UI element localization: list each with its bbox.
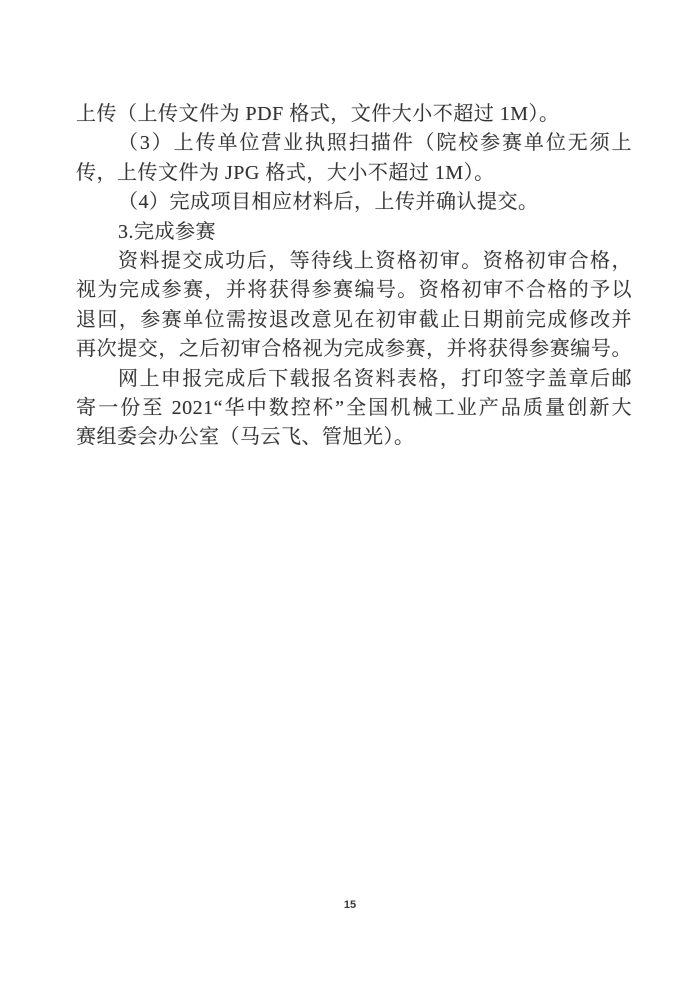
text-line: 退回，参赛单位需按退改意见在初审截止日期前完成修改并 <box>76 306 632 335</box>
text-line: 资料提交成功后，等待线上资格初审。资格初审合格， <box>76 247 632 276</box>
text-line: 赛组委会办公室（马云飞、管旭光）。 <box>76 423 632 452</box>
text-line: 再次提交，之后初审合格视为完成参赛，并将获得参赛编号。 <box>76 335 632 364</box>
text-line: （3）上传单位营业执照扫描件（院校参赛单位无须上 <box>76 129 632 158</box>
page-number: 15 <box>0 899 700 911</box>
text-line: （4）完成项目相应材料后，上传并确认提交。 <box>76 188 632 217</box>
text-line: 寄一份至 2021“华中数控杯”全国机械工业产品质量创新大 <box>76 394 632 423</box>
text-line: 视为完成参赛，并将获得参赛编号。资格初审不合格的予以 <box>76 276 632 305</box>
document-lines: 上传（上传文件为 PDF 格式，文件大小不超过 1M）。（3）上传单位营业执照扫… <box>76 100 632 453</box>
text-line: 3.完成参赛 <box>76 218 632 247</box>
text-line: 上传（上传文件为 PDF 格式，文件大小不超过 1M）。 <box>76 100 632 129</box>
text-line: 网上申报完成后下载报名资料表格，打印签字盖章后邮 <box>76 365 632 394</box>
text-line: 传，上传文件为 JPG 格式，大小不超过 1M）。 <box>76 159 632 188</box>
document-page: 上传（上传文件为 PDF 格式，文件大小不超过 1M）。（3）上传单位营业执照扫… <box>0 0 700 990</box>
